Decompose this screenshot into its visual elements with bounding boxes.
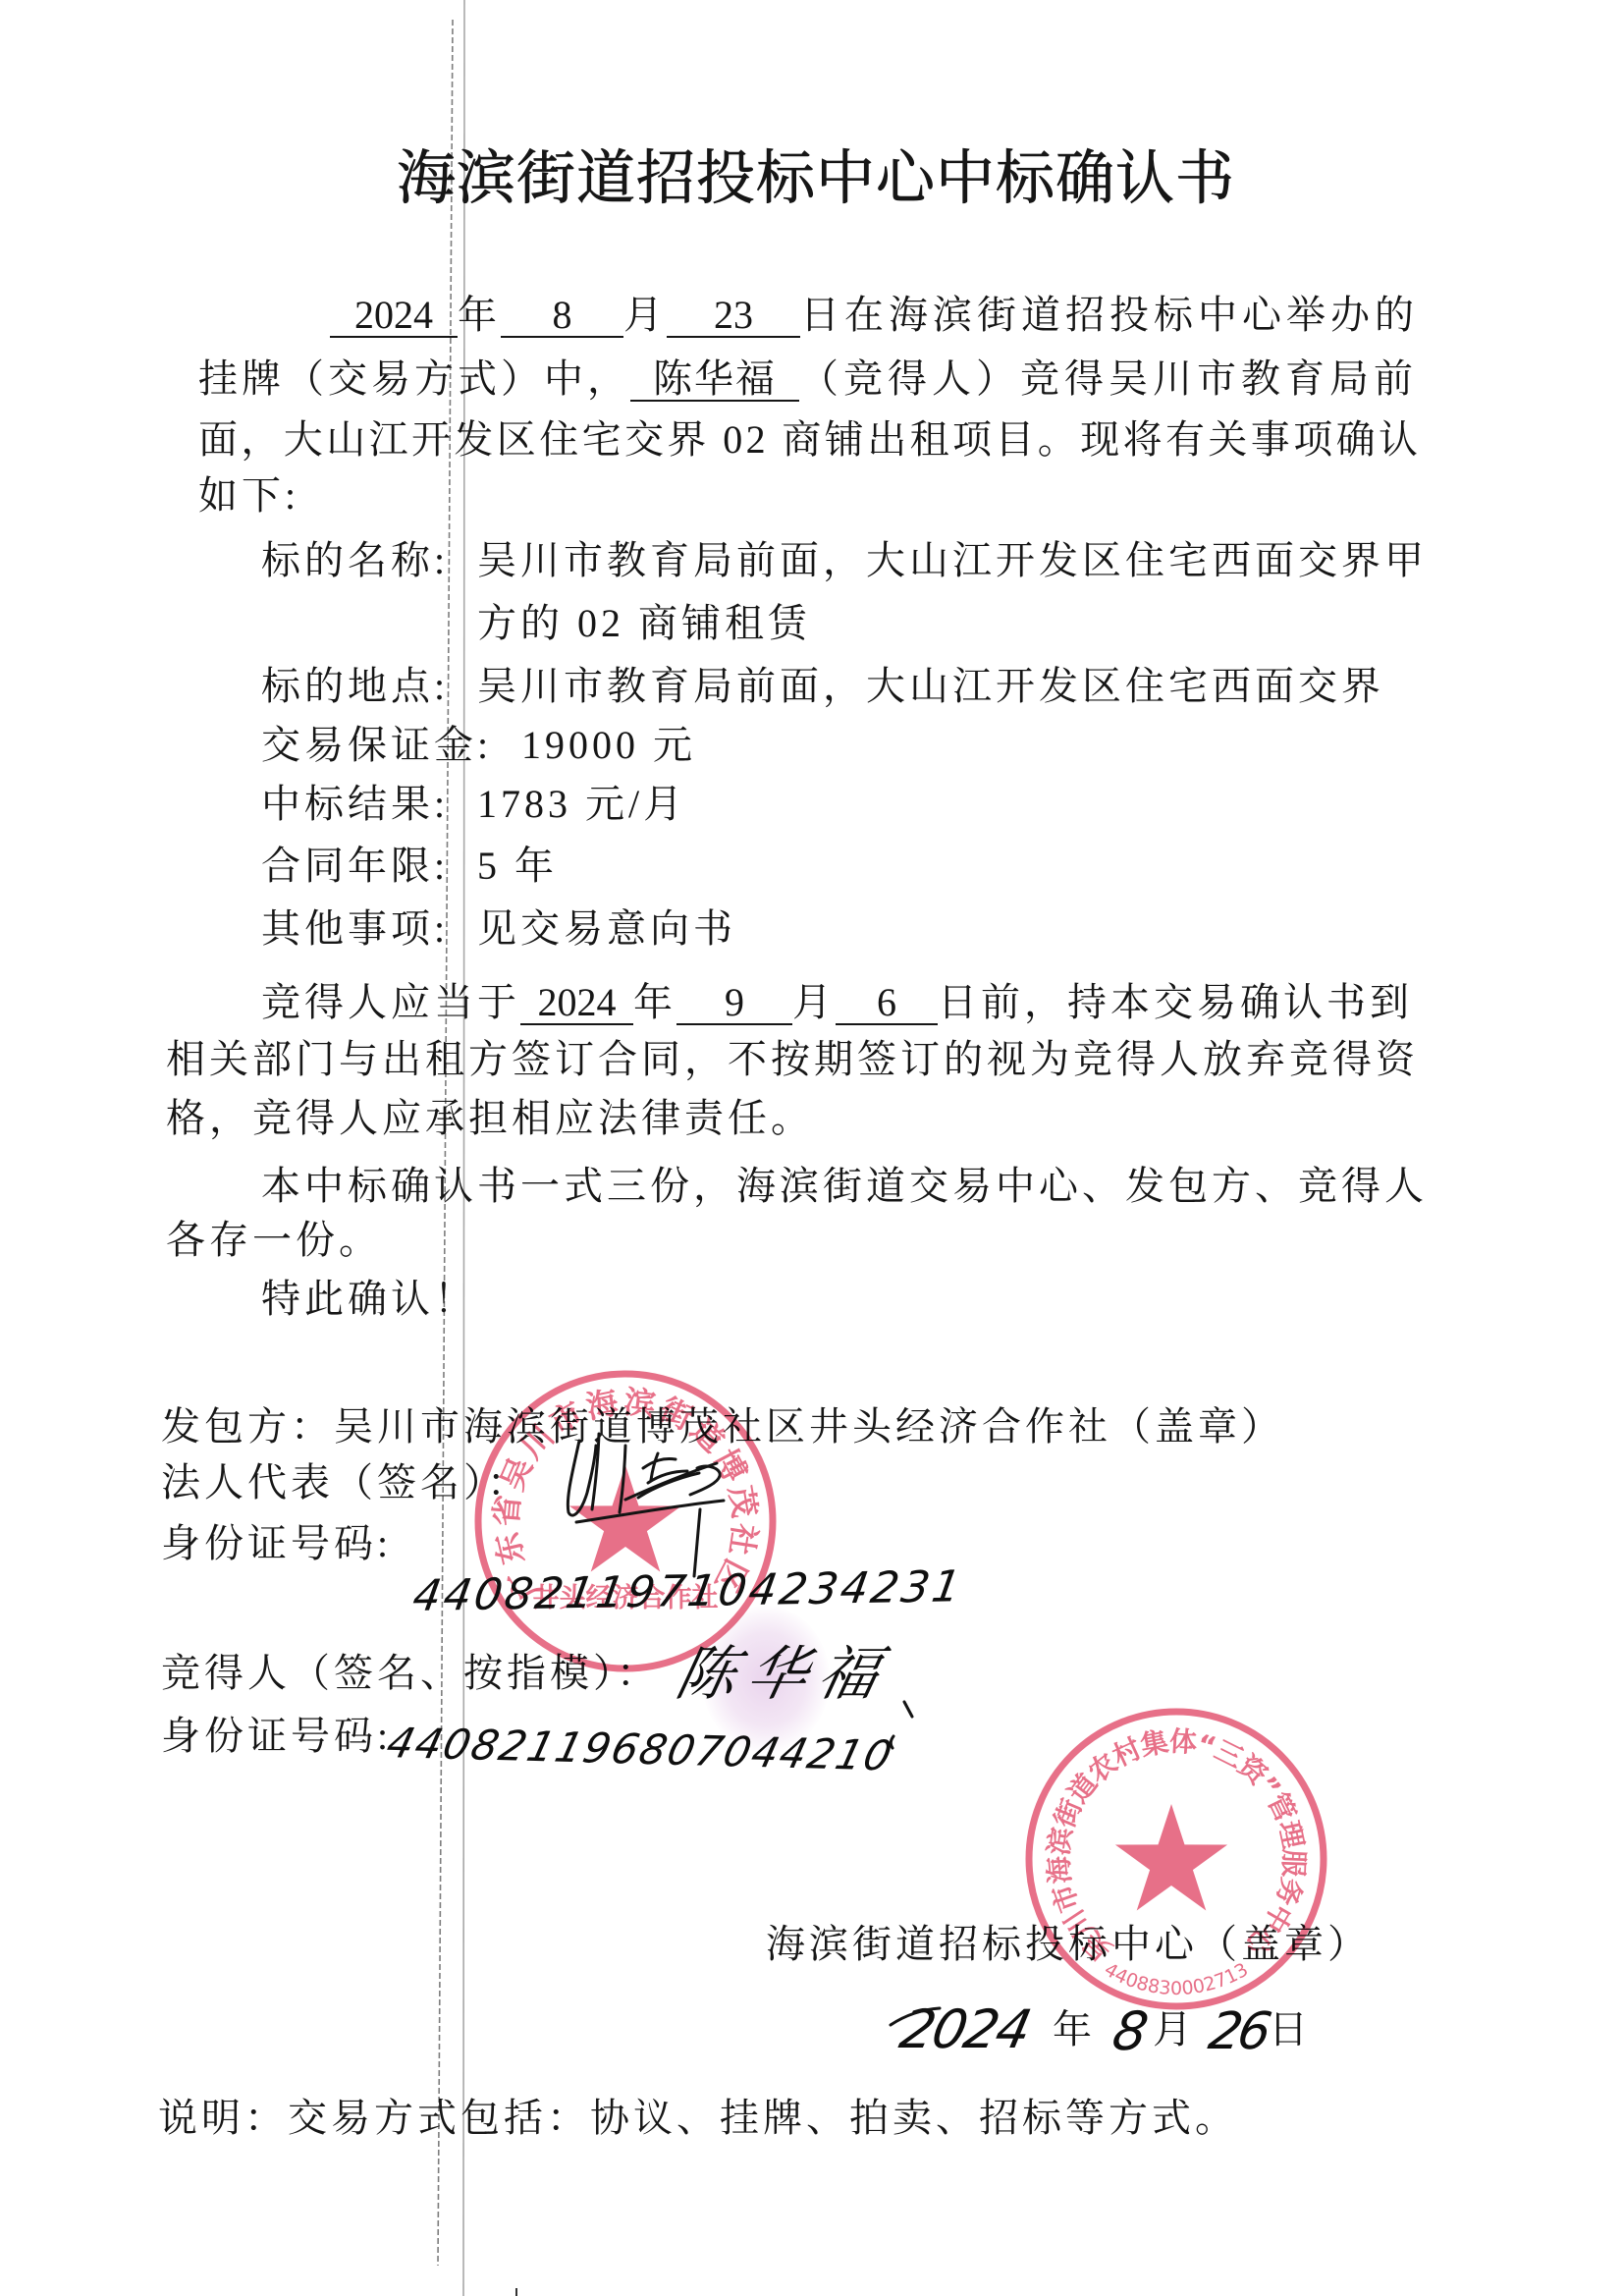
deadline-line-3: 格，竞得人应承担相应法律责任。 [166,1093,814,1144]
date-year-unit: 年 [1053,2004,1096,2055]
intro-line-2-tail: （竞得人）竞得吴川市教育局前 [799,356,1418,401]
deadline-month-unit: 月 [792,980,836,1024]
deadline-year-blank: 2024 [520,982,633,1025]
intro-line-3: 面，大山江开发区住宅交界 02 商铺出租项目。现将有关事项确认 [198,414,1421,465]
field-label-other-matters: 其他事项: [261,903,449,955]
deadline-year-unit: 年 [633,980,676,1024]
lessor-id-handwritten: 440821197104234231 [408,1558,967,1626]
deadline-line-2: 相关部门与出租方签订合同，不按期签订的视为竞得人放弃竞得资 [166,1034,1419,1085]
field-label-deposit: 交易保证金: [261,720,492,771]
field-value-winning-result: 1783 元/月 [477,779,686,830]
copies-line-1: 本中标确认书一式三份，海滨街道交易中心、发包方、竞得人 [261,1161,1428,1212]
lessor-rep-signature [568,1434,724,1576]
document-title: 海滨街道招投标中心中标确认书 [397,139,1235,218]
date-month-handwritten: 8 [1108,1999,1153,2064]
field-value-subject-location: 吴川市教育局前面，大山江开发区住宅西面交界 [477,661,1384,712]
year-unit: 年 [458,293,501,337]
date-day-handwritten: 26 [1204,1999,1272,2064]
field-label-winning-result: 中标结果: [261,779,449,830]
center-seal-note: （盖章） [1198,1922,1371,1966]
field-label-subject-name: 标的名称: [261,535,449,586]
field-label-contract-term: 合同年限: [261,841,449,892]
lessor-id-label: 身份证号码: [161,1518,392,1569]
center-line: 海滨街道招标投标中心（盖章） [766,1919,1371,1970]
date-month-unit: 月 [1153,2004,1196,2055]
bidder-label: 竞得人（签名、按指模）： [161,1648,660,1699]
center-seal-star-icon [1115,1804,1227,1911]
auction-month-blank: 8 [501,295,623,338]
center-name: 海滨街道招标投标中心 [766,1922,1198,1966]
auction-year-blank: 2024 [330,295,458,338]
lessor-seal-note: （盖章） [1111,1404,1284,1449]
deadline-line-1-tail: 日前，持本交易确认书到 [938,980,1413,1024]
date-day-unit: 日 [1269,2004,1312,2055]
field-label-subject-location: 标的地点: [261,661,449,712]
intro-line-1: 2024年8月23日在海滨街道招投标中心举办的 [330,290,1419,341]
field-value-other-matters: 见交易意向书 [477,903,736,955]
intro-line-2-head: 挂牌（交易方式）中， [198,356,630,401]
field-value-contract-term: 5 年 [477,841,558,892]
solid-scan-line [463,0,464,2296]
lessor-seal-star-icon [569,1465,681,1572]
lessor-rep-label: 法人代表（签名）： [161,1457,530,1508]
lessor-name: 吴川市海滨街道博茂社区井头经济合作社 [334,1404,1111,1449]
field-value-deposit: 19000 元 [521,720,696,771]
lessor-label: 发包方： [161,1404,334,1449]
field-value-subject-name-cont: 方的 02 商铺租赁 [477,598,811,649]
explanatory-note: 说明：交易方式包括：协议、挂牌、拍卖、招标等方式。 [158,2093,1238,2144]
auction-day-blank: 23 [667,295,800,338]
bidder-id-label: 身份证号码: [161,1711,392,1762]
deadline-lead: 竞得人应当于 [261,980,520,1024]
intro-line-4: 如下: [198,470,299,521]
closing-statement: 特此确认！ [261,1274,477,1325]
field-value-subject-name: 吴川市教育局前面，大山江开发区住宅西面交界甲 [477,535,1428,586]
intro-line-1-tail: 日在海滨街道招投标中心举办的 [800,293,1419,337]
deadline-day-blank: 6 [836,982,938,1025]
month-unit: 月 [623,293,667,337]
intro-line-2: 挂牌（交易方式）中，陈华福（竞得人）竞得吴川市教育局前 [198,354,1418,405]
deadline-month-blank: 9 [676,982,792,1025]
date-year-handwritten: 2024 [894,1997,1035,2062]
document-page: 海滨街道招投标中心中标确认书 2024年8月23日在海滨街道招投标中心举办的 挂… [0,0,1623,2296]
deadline-line-1: 竞得人应当于2024年9月6日前，持本交易确认书到 [261,977,1413,1028]
winner-name-blank: 陈华福 [630,358,799,402]
copies-line-2: 各存一份。 [166,1215,382,1266]
bidder-id-handwritten: 440821196807044210 [381,1714,899,1786]
lessor-line: 发包方：吴川市海滨街道博茂社区井头经济合作社（盖章） [161,1401,1284,1452]
bidder-signature-handwritten: 陈华福 [670,1638,897,1711]
